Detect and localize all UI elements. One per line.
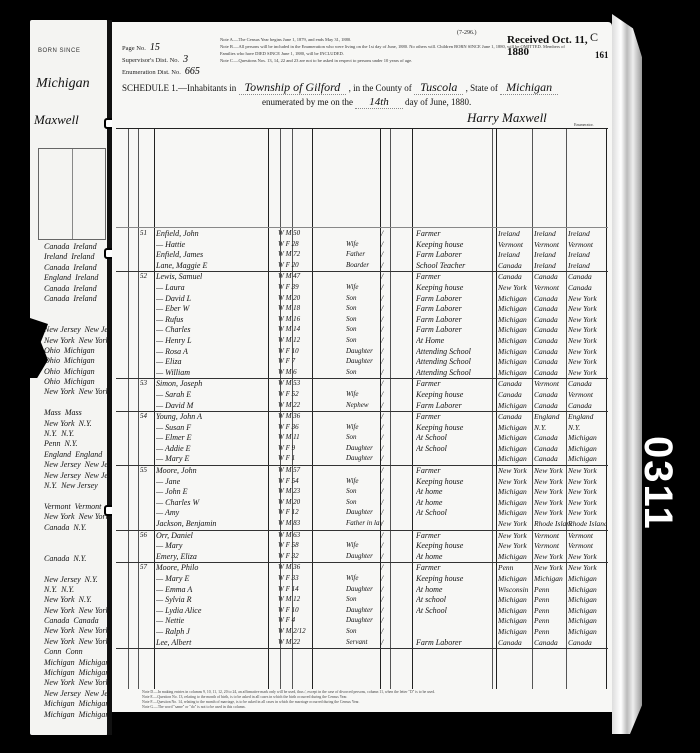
table-row: — John EW M 23SonAt homeMichiganNew York… bbox=[116, 487, 608, 498]
birthplace: Canada bbox=[498, 261, 536, 270]
left-page-row: IrelandIreland bbox=[32, 252, 108, 262]
table-row: Lane, Maggie EW F 20BoarderSchool Teache… bbox=[116, 261, 608, 273]
left-page-cell: New York bbox=[44, 637, 75, 647]
checkmark: / bbox=[381, 315, 401, 324]
table-row: — Addie EW F 9DaughterAt SchoolMichiganC… bbox=[116, 444, 608, 455]
birthplace: Michigan bbox=[498, 552, 536, 561]
occupation: Farm Laborer bbox=[416, 250, 496, 259]
father-birthplace: Ireland bbox=[534, 229, 572, 238]
person-name: — Rufus bbox=[156, 315, 256, 324]
mother-birthplace: Rhode Island bbox=[568, 519, 606, 528]
page-meta: Page No.15 Supervisor's Dist. No.3 Enume… bbox=[122, 42, 200, 78]
page-no-value: 15 bbox=[150, 42, 160, 53]
left-page-cell: England bbox=[75, 450, 102, 460]
birthplace: Michigan bbox=[498, 606, 536, 615]
left-page-row bbox=[32, 304, 108, 314]
left-page-row: New YorkNew York bbox=[32, 626, 108, 636]
supervisor-dist-label: Supervisor's Dist. No. bbox=[122, 57, 179, 64]
birthplace: Michigan bbox=[498, 325, 536, 334]
color-sex-age: W M 23 bbox=[278, 487, 310, 495]
table-row: Emery, ElizaW F 32DaughterAt homeMichiga… bbox=[116, 552, 608, 564]
left-page-row: New JerseyNew Jersey bbox=[32, 471, 108, 481]
father-birthplace: Penn bbox=[534, 595, 572, 604]
left-page-cell: New York bbox=[79, 387, 108, 397]
checkmark: / bbox=[381, 304, 401, 313]
father-birthplace: Penn bbox=[534, 585, 572, 594]
mother-birthplace: Vermont bbox=[568, 390, 606, 399]
left-page-cell: Ireland bbox=[73, 284, 96, 294]
left-page-row: MichiganMichigan bbox=[32, 710, 108, 720]
note-c: Note C.—Questions Nos. 13, 14, 22 and 23… bbox=[220, 57, 580, 64]
color-sex-age: W M 83 bbox=[278, 519, 310, 527]
relationship: Daughter bbox=[346, 347, 382, 355]
mother-birthplace: Michigan bbox=[568, 606, 606, 615]
occupation: Farm Laborer bbox=[416, 315, 496, 324]
table-row: — AmyW F 12DaughterAt SchoolMichiganNew … bbox=[116, 508, 608, 519]
left-page-row: OhioMichigan bbox=[32, 377, 108, 387]
left-page-row: New YorkN.Y. bbox=[32, 595, 108, 605]
checkmark: / bbox=[381, 229, 401, 238]
color-sex-age: W M 57 bbox=[278, 466, 310, 474]
father-birthplace: Rhode Island bbox=[534, 519, 572, 528]
page-stack-edge bbox=[612, 14, 642, 734]
father-birthplace: Canada bbox=[534, 347, 572, 356]
birthplace: Michigan bbox=[498, 347, 536, 356]
checkmark: / bbox=[381, 412, 401, 421]
left-page-cell: Ireland bbox=[73, 263, 96, 273]
father-birthplace: Vermont bbox=[534, 541, 572, 550]
relationship: Wife bbox=[346, 240, 382, 248]
birthplace: Vermont bbox=[498, 240, 536, 249]
left-page-cell: Conn bbox=[65, 647, 82, 657]
table-row: — Sarah EW F 52WifeKeeping houseCanadaCa… bbox=[116, 390, 608, 401]
left-page-cell: N.Y. bbox=[44, 429, 57, 439]
color-sex-age: W F 54 bbox=[278, 477, 310, 485]
left-page-cell: England bbox=[44, 273, 71, 283]
person-name: Enfield, John bbox=[156, 229, 256, 238]
table-row: — Lydia AliceW F 10DaughterAt SchoolMich… bbox=[116, 606, 608, 617]
birthplace: Michigan bbox=[498, 368, 536, 377]
table-row: — Susan FW F 36WifeKeeping houseMichigan… bbox=[116, 423, 608, 434]
color-sex-age: W M 12 bbox=[278, 336, 310, 344]
left-page-row: N.Y.N.Y. bbox=[32, 585, 108, 595]
table-row: — David LW M 20SonFarm LaborerMichiganCa… bbox=[116, 294, 608, 305]
person-name: Enfield, James bbox=[156, 250, 256, 259]
birthplace: Canada bbox=[498, 638, 536, 647]
left-page-cell: New York bbox=[79, 637, 108, 647]
left-page-row: New YorkNew York bbox=[32, 512, 108, 522]
person-name: — Laura bbox=[156, 283, 256, 292]
birthplace: Michigan bbox=[498, 294, 536, 303]
father-birthplace: Canada bbox=[534, 294, 572, 303]
left-page-cell: New Jersey bbox=[85, 325, 108, 335]
father-birthplace: Penn bbox=[534, 627, 572, 636]
left-page-cell: Michigan bbox=[64, 377, 95, 387]
left-page-cell: Canada bbox=[44, 616, 69, 626]
occupation: Farmer bbox=[416, 466, 496, 475]
table-row: 55Moore, JohnW M 57FarmerNew YorkNew Yor… bbox=[116, 466, 608, 477]
left-page-cell: Ireland bbox=[73, 242, 96, 252]
checkmark: / bbox=[381, 552, 401, 561]
relationship: Nephew bbox=[346, 401, 382, 409]
schedule-line: SCHEDULE 1.—Inhabitants in Township of G… bbox=[122, 80, 558, 95]
table-row: 52Lewis, SamuelW M 47FarmerCanadaCanadaC… bbox=[116, 272, 608, 283]
left-page-row: CanadaIreland bbox=[32, 242, 108, 252]
birthplace: Michigan bbox=[498, 487, 536, 496]
left-page-row bbox=[32, 491, 108, 501]
color-sex-age: W F 36 bbox=[278, 423, 310, 431]
left-page-cell: New Jersey bbox=[44, 471, 81, 481]
relationship: Daughter bbox=[346, 454, 382, 462]
relationship: Father bbox=[346, 250, 382, 258]
mother-birthplace: Michigan bbox=[568, 574, 606, 583]
mother-birthplace: Ireland bbox=[568, 229, 606, 238]
father-birthplace: New York bbox=[534, 487, 572, 496]
checkmark: / bbox=[381, 466, 401, 475]
relationship: Servant bbox=[346, 638, 382, 646]
checkmark: / bbox=[381, 325, 401, 334]
table-row: — Mary EW F 1DaughterMichiganCanadaMichi… bbox=[116, 454, 608, 466]
left-page-row: New YorkNew York bbox=[32, 336, 108, 346]
mother-birthplace: New York bbox=[568, 294, 606, 303]
left-page-cell: N.Y. bbox=[44, 585, 57, 595]
mother-birthplace: New York bbox=[568, 498, 606, 507]
left-page-row: New JerseyN.Y. bbox=[32, 575, 108, 585]
father-birthplace: Canada bbox=[534, 357, 572, 366]
person-name: — Amy bbox=[156, 508, 256, 517]
table-row: Enfield, JamesW M 72FatherFarm LaborerIr… bbox=[116, 250, 608, 261]
person-name: — Nettie bbox=[156, 616, 256, 625]
enumeration-suffix: day of June, 1880. bbox=[405, 97, 471, 107]
person-name: Lewis, Samuel bbox=[156, 272, 256, 281]
left-page-row: New YorkNew York bbox=[32, 637, 108, 647]
mother-birthplace: N.Y. bbox=[568, 423, 606, 432]
mother-birthplace: Ireland bbox=[568, 250, 606, 259]
color-sex-age: W M 63 bbox=[278, 531, 310, 539]
birthplace: New York bbox=[498, 541, 536, 550]
checkmark: / bbox=[381, 444, 401, 453]
occupation: At home bbox=[416, 585, 496, 594]
father-birthplace: Canada bbox=[534, 272, 572, 281]
person-name: — John E bbox=[156, 487, 256, 496]
mother-birthplace: New York bbox=[568, 315, 606, 324]
left-page-row: CanadaCanada bbox=[32, 616, 108, 626]
left-page-row: OhioMichigan bbox=[32, 367, 108, 377]
color-sex-age: W M 53 bbox=[278, 379, 310, 387]
color-sex-age: W M 22 bbox=[278, 638, 310, 646]
left-page-row: CanadaIreland bbox=[32, 284, 108, 294]
occupation: Keeping house bbox=[416, 477, 496, 486]
mother-birthplace: Canada bbox=[568, 401, 606, 410]
father-birthplace: Canada bbox=[534, 304, 572, 313]
father-birthplace: Penn bbox=[534, 606, 572, 615]
color-sex-age: W F 52 bbox=[278, 390, 310, 398]
birthplace: New York bbox=[498, 519, 536, 528]
checkmark: / bbox=[381, 379, 401, 388]
mother-birthplace: New York bbox=[568, 466, 606, 475]
occupation: Attending School bbox=[416, 368, 496, 377]
left-page-cell: New York bbox=[44, 387, 75, 397]
person-name: — Mary E bbox=[156, 574, 256, 583]
left-page-cell: Ohio bbox=[44, 377, 60, 387]
color-sex-age: W F 7 bbox=[278, 357, 310, 365]
mother-birthplace: Canada bbox=[568, 272, 606, 281]
checkmark: / bbox=[381, 433, 401, 442]
relationship: Daughter bbox=[346, 508, 382, 516]
mother-birthplace: Michigan bbox=[568, 616, 606, 625]
mother-birthplace: New York bbox=[568, 368, 606, 377]
person-name: — William bbox=[156, 368, 256, 377]
page-no-label: Page No. bbox=[122, 45, 146, 52]
left-page-cell: Canada bbox=[73, 616, 98, 626]
table-row: — NettieW F 4DaughterMichiganPennMichiga… bbox=[116, 616, 608, 627]
occupation: Keeping house bbox=[416, 574, 496, 583]
color-sex-age: W F 28 bbox=[278, 240, 310, 248]
relationship: Son bbox=[346, 627, 382, 635]
birthplace: Michigan bbox=[498, 616, 536, 625]
color-sex-age: W M 6 bbox=[278, 368, 310, 376]
checkmark: / bbox=[381, 638, 401, 647]
left-page-cell: Canada bbox=[44, 284, 69, 294]
left-page-row: CanadaIreland bbox=[32, 263, 108, 273]
left-page-cell: N.Y. bbox=[61, 585, 74, 595]
left-page-cell: New Jersey bbox=[85, 471, 108, 481]
birthplace: Canada bbox=[498, 412, 536, 421]
color-sex-age: W F 33 bbox=[278, 574, 310, 582]
left-page-cell: England bbox=[44, 450, 71, 460]
left-page-row: New JerseyNew Jersey bbox=[32, 689, 108, 699]
father-birthplace: New York bbox=[534, 508, 572, 517]
left-page-cell: New Jersey bbox=[44, 689, 81, 699]
left-page-cell: Ireland bbox=[75, 273, 98, 283]
left-page-cell: N.Y. bbox=[64, 439, 77, 449]
left-page-cell: Michigan bbox=[44, 668, 75, 678]
table-row: — Elmer EW M 11SonAt SchoolMichiganCanad… bbox=[116, 433, 608, 444]
county-label: , in the County of bbox=[349, 83, 412, 93]
mother-birthplace: Michigan bbox=[568, 595, 606, 604]
person-name: Emery, Eliza bbox=[156, 552, 256, 561]
checkmark: / bbox=[381, 336, 401, 345]
person-name: — Susan F bbox=[156, 423, 256, 432]
relationship: Son bbox=[346, 325, 382, 333]
checkmark: / bbox=[381, 616, 401, 625]
occupation: At Home bbox=[416, 336, 496, 345]
left-page-cell: Michigan bbox=[64, 367, 95, 377]
person-name: — Eliza bbox=[156, 357, 256, 366]
birthplace: Michigan bbox=[498, 401, 536, 410]
person-name: — Addie E bbox=[156, 444, 256, 453]
footnotes: Note D.—In making entries in columns 9, … bbox=[142, 690, 472, 710]
checkmark: / bbox=[381, 454, 401, 463]
left-page-cell: New Jersey bbox=[44, 460, 81, 470]
checkmark: / bbox=[381, 477, 401, 486]
relationship: Son bbox=[346, 336, 382, 344]
left-page-column-header bbox=[38, 148, 106, 240]
occupation: At School bbox=[416, 606, 496, 615]
checkmark: / bbox=[381, 563, 401, 572]
color-sex-age: W M 11 bbox=[278, 433, 310, 441]
birthplace: Michigan bbox=[498, 627, 536, 636]
birthplace: New York bbox=[498, 466, 536, 475]
left-page-cell: Michigan bbox=[79, 668, 108, 678]
relationship: Son bbox=[346, 368, 382, 376]
color-sex-age: W M 36 bbox=[278, 412, 310, 420]
table-row: — CharlesW M 14SonFarm LaborerMichiganCa… bbox=[116, 325, 608, 336]
person-name: — Mary bbox=[156, 541, 256, 550]
color-sex-age: W F 9 bbox=[278, 444, 310, 452]
left-page-cell: Mass bbox=[44, 408, 61, 418]
person-name: — Mary E bbox=[156, 454, 256, 463]
left-page-state-fragment: Michigan bbox=[36, 76, 90, 92]
left-page-cell: N.Y. bbox=[79, 419, 92, 429]
relationship: Son bbox=[346, 304, 382, 312]
relationship: Wife bbox=[346, 283, 382, 291]
left-page-cell: Michigan bbox=[79, 658, 108, 668]
mother-birthplace: New York bbox=[568, 336, 606, 345]
mother-birthplace: Vermont bbox=[568, 541, 606, 550]
left-page-signature-fragment: Maxwell bbox=[34, 112, 79, 128]
color-sex-age: W F 58 bbox=[278, 541, 310, 549]
checkmark: / bbox=[381, 401, 401, 410]
occupation: At School bbox=[416, 508, 496, 517]
checkmark: / bbox=[381, 574, 401, 583]
left-page-cell: Ohio bbox=[44, 367, 60, 377]
left-page-cell: Ireland bbox=[71, 252, 94, 262]
left-page-cell: New York bbox=[79, 336, 108, 346]
person-name: Moore, John bbox=[156, 466, 256, 475]
birthplace: Penn bbox=[498, 563, 536, 572]
left-page-row: N.Y.New Jersey bbox=[32, 481, 108, 491]
left-page-cell: Vermont bbox=[44, 502, 71, 512]
father-birthplace: Ireland bbox=[534, 261, 572, 270]
left-page-cell: New York bbox=[44, 678, 75, 688]
checkmark: / bbox=[381, 585, 401, 594]
person-name: Lane, Maggie E bbox=[156, 261, 256, 270]
column-number-row bbox=[116, 221, 608, 228]
left-page-cell: N.Y. bbox=[85, 575, 98, 585]
occupation: At home bbox=[416, 552, 496, 561]
left-page-row: CanadaN.Y. bbox=[32, 554, 108, 564]
color-sex-age: W M 47 bbox=[278, 272, 310, 280]
color-sex-age: W M 18 bbox=[278, 304, 310, 312]
table-row: — RufusW M 16SonFarm LaborerMichiganCana… bbox=[116, 315, 608, 326]
footnote-g: Note G.—The word "same" or "do" is not t… bbox=[142, 705, 472, 710]
left-page-cell: Ohio bbox=[44, 346, 60, 356]
census-page: (7-296.) Page No.15 Supervisor's Dist. N… bbox=[112, 22, 612, 712]
left-page-cell: Michigan bbox=[44, 699, 75, 709]
relationship: Son bbox=[346, 498, 382, 506]
left-page-cell: New York bbox=[44, 626, 75, 636]
left-page-row: New YorkN.Y. bbox=[32, 419, 108, 429]
birthplace: Ireland bbox=[498, 229, 536, 238]
left-page-cell: N.Y. bbox=[73, 554, 86, 564]
birthplace: Michigan bbox=[498, 336, 536, 345]
mother-birthplace: New York bbox=[568, 563, 606, 572]
left-page-cell: Canada bbox=[44, 242, 69, 252]
relationship: Son bbox=[346, 294, 382, 302]
township-value: Township of Gilford bbox=[239, 80, 347, 95]
left-page-cell: Michigan bbox=[79, 699, 108, 709]
relationship: Son bbox=[346, 595, 382, 603]
mother-birthplace: Ireland bbox=[568, 261, 606, 270]
occupation: Attending School bbox=[416, 357, 496, 366]
enumeration-day: 14th bbox=[355, 96, 403, 109]
left-page-row: New YorkNew York bbox=[32, 678, 108, 688]
enumeration-dist-label: Enumeration Dist. No. bbox=[122, 69, 181, 76]
mother-birthplace: New York bbox=[568, 357, 606, 366]
occupation: Farm Laborer bbox=[416, 401, 496, 410]
table-row: — Mary EW F 33WifeKeeping houseMichiganM… bbox=[116, 574, 608, 585]
left-page-row: EnglandEngland bbox=[32, 450, 108, 460]
left-page-cell: Conn bbox=[44, 647, 61, 657]
county-value: Tuscola bbox=[414, 80, 463, 95]
left-page-row: MichiganMichigan bbox=[32, 658, 108, 668]
left-page-cell: New York bbox=[44, 419, 75, 429]
birthplace: Canada bbox=[498, 390, 536, 399]
color-sex-age: W M 22 bbox=[278, 401, 310, 409]
checkmark: / bbox=[381, 627, 401, 636]
left-page-row: MichiganMichigan bbox=[32, 699, 108, 709]
relationship: Daughter bbox=[346, 357, 382, 365]
father-birthplace: Penn bbox=[534, 616, 572, 625]
mother-birthplace: New York bbox=[568, 325, 606, 334]
enumeration-dist-value: 665 bbox=[185, 66, 200, 77]
left-page-cell: New York bbox=[79, 606, 108, 616]
left-page-cell: Michigan bbox=[44, 710, 75, 720]
stamped-page-number: 161 bbox=[595, 50, 609, 60]
left-page-cell: New Jersey bbox=[44, 325, 81, 335]
person-name: Lee, Albert bbox=[156, 638, 256, 647]
relationship: Wife bbox=[346, 574, 382, 582]
person-name: — Eber W bbox=[156, 304, 256, 313]
relationship: Daughter bbox=[346, 552, 382, 560]
checkmark: / bbox=[381, 519, 401, 528]
person-name: — Hattie bbox=[156, 240, 256, 249]
left-page-row: CanadaIreland bbox=[32, 294, 108, 304]
birthplace: New York bbox=[498, 283, 536, 292]
table-row: — Rosa AW F 10DaughterAttending SchoolMi… bbox=[116, 347, 608, 358]
occupation: Farm Laborer bbox=[416, 304, 496, 313]
color-sex-age: W M 20 bbox=[278, 294, 310, 302]
adjacent-left-page: BORN SINCE Michigan Maxwell CanadaIrelan… bbox=[30, 20, 108, 735]
relationship: Daughter bbox=[346, 606, 382, 614]
color-sex-age: W M 2/12 bbox=[278, 627, 310, 635]
father-birthplace: New York bbox=[534, 563, 572, 572]
father-birthplace: N.Y. bbox=[534, 423, 572, 432]
left-page-row: New YorkNew York bbox=[32, 606, 108, 616]
mother-birthplace: New York bbox=[568, 304, 606, 313]
father-birthplace: Canada bbox=[534, 325, 572, 334]
mother-birthplace: New York bbox=[568, 347, 606, 356]
birthplace: Michigan bbox=[498, 433, 536, 442]
checkmark: / bbox=[381, 272, 401, 281]
checkmark: / bbox=[381, 294, 401, 303]
occupation: Attending School bbox=[416, 347, 496, 356]
left-page-row bbox=[32, 398, 108, 408]
left-page-row: New JerseyNew Jersey bbox=[32, 460, 108, 470]
left-page-row bbox=[32, 533, 108, 543]
checkmark: / bbox=[381, 250, 401, 259]
mother-birthplace: New York bbox=[568, 487, 606, 496]
table-row: — Ralph JW M 2/12SonMichiganPennMichigan… bbox=[116, 627, 608, 638]
mother-birthplace: Vermont bbox=[568, 240, 606, 249]
table-row: — Henry LW M 12SonAt HomeMichiganCanadaN… bbox=[116, 336, 608, 347]
relationship: Wife bbox=[346, 477, 382, 485]
birthplace: Michigan bbox=[498, 304, 536, 313]
left-page-row: CanadaN.Y. bbox=[32, 523, 108, 533]
census-table: 51Enfield, JohnW M 50FarmerIrelandIrelan… bbox=[116, 128, 608, 689]
table-row: — Charles WW M 20SonAt homeMichiganNew Y… bbox=[116, 498, 608, 509]
